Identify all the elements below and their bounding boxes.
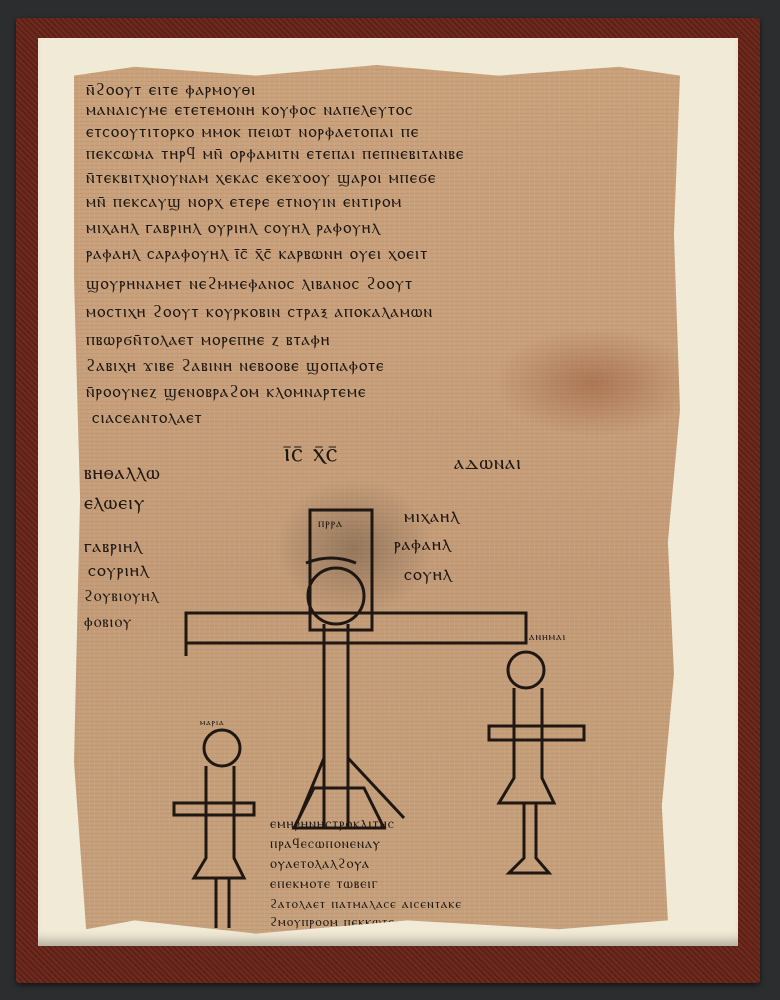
bottom-text-line: ⲉⲙⲏⲣⲏⲛⲏⲥⲧⲣⲟⲕⲗⲓⲧⲏⲥ [270, 816, 395, 832]
papyrus-sheet: ⲛ̄ϩⲟⲟⲩⲧ ⲉⲓⲧⲉ ⲫⲁⲣⲙⲟⲩⲑⲓ ⲙⲁⲛⲁⲓⲥⲩⲙⲉ ⲉⲧⲉⲧⲉⲙⲟⲛ… [74, 58, 680, 938]
bottom-text-line: ϩⲁⲧⲟⲗⲁⲉⲧ ⲡⲁⲧⲙⲁⲗⲁⲥⲉ ⲁⲓⲥⲉⲛⲧⲁⲕⲉ [270, 896, 462, 912]
right-label: ⲁⲛⲏⲙⲁⲓ [529, 630, 566, 644]
bottom-text-line: ⲟⲩⲁⲉⲧⲟⲗⲁⲗϩⲟⲩⲁ [270, 856, 370, 873]
bottom-text-line: ⲉⲡⲉⲕⲙⲟⲧⲉ ⲧⲱⲃⲉⲓⲅ [270, 876, 379, 892]
bottom-text-line: ⲡⲣⲁϥⲉⲥⲱⲡⲟⲛⲉⲛⲁⲩ [270, 836, 381, 853]
left-figure-label: ⲙⲁⲣⲓⲁ [200, 718, 225, 728]
crucifixion-drawing [74, 58, 680, 938]
titulus: ⲡⲣⲣⲁ [318, 516, 343, 531]
